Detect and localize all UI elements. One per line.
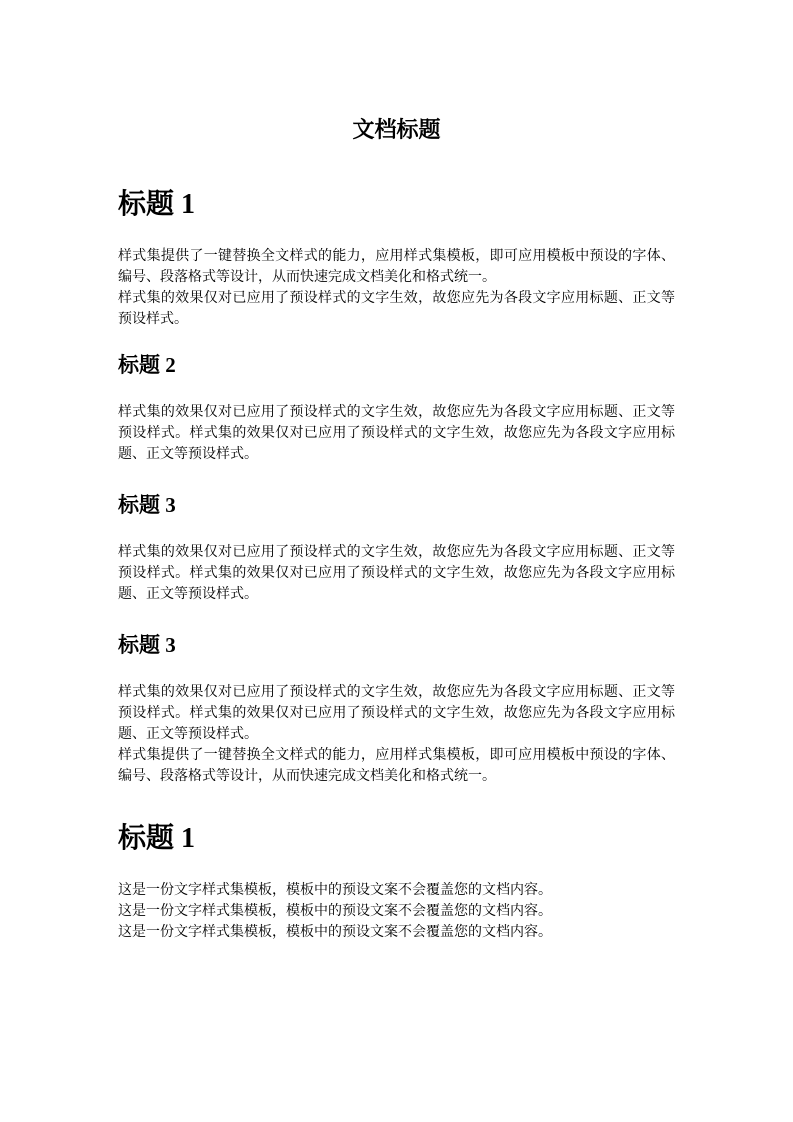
section-heading3-first: 标题 3 样式集的效果仅对已应用了预设样式的文字生效，故您应先为各段文字应用标题… <box>118 492 675 604</box>
heading-level3: 标题 3 <box>118 632 675 658</box>
heading-level1: 标题 1 <box>118 188 675 222</box>
paragraph: 样式集提供了一键替换全文样式的能力，应用样式集模板，即可应用模板中预设的字体、编… <box>118 744 675 786</box>
heading-level2: 标题 2 <box>118 352 675 378</box>
paragraph: 样式集的效果仅对已应用了预设样式的文字生效，故您应先为各段文字应用标题、正文等预… <box>118 401 675 464</box>
paragraph: 这是一份文字样式集模板，模板中的预设文案不会覆盖您的文档内容。 <box>118 879 675 900</box>
heading-level1: 标题 1 <box>118 822 675 856</box>
document-page: 文档标题 标题 1 样式集提供了一键替换全文样式的能力，应用样式集模板，即可应用… <box>0 0 793 1122</box>
paragraph: 样式集的效果仅对已应用了预设样式的文字生效，故您应先为各段文字应用标题、正文等预… <box>118 541 675 604</box>
section-heading1-repeat: 标题 1 这是一份文字样式集模板，模板中的预设文案不会覆盖您的文档内容。 这是一… <box>118 822 675 942</box>
paragraph: 样式集的效果仅对已应用了预设样式的文字生效，故您应先为各段文字应用标题、正文等预… <box>118 287 675 329</box>
paragraph: 这是一份文字样式集模板，模板中的预设文案不会覆盖您的文档内容。 <box>118 921 675 942</box>
document-title: 文档标题 <box>118 116 675 144</box>
document-content: 文档标题 标题 1 样式集提供了一键替换全文样式的能力，应用样式集模板，即可应用… <box>118 0 675 942</box>
paragraph: 样式集提供了一键替换全文样式的能力，应用样式集模板，即可应用模板中预设的字体、编… <box>118 245 675 287</box>
section-heading3-second: 标题 3 样式集的效果仅对已应用了预设样式的文字生效，故您应先为各段文字应用标题… <box>118 632 675 786</box>
section-heading1-first: 标题 1 样式集提供了一键替换全文样式的能力，应用样式集模板，即可应用模板中预设… <box>118 188 675 329</box>
heading-level3: 标题 3 <box>118 492 675 518</box>
paragraph: 样式集的效果仅对已应用了预设样式的文字生效，故您应先为各段文字应用标题、正文等预… <box>118 681 675 744</box>
section-heading2: 标题 2 样式集的效果仅对已应用了预设样式的文字生效，故您应先为各段文字应用标题… <box>118 352 675 464</box>
paragraph: 这是一份文字样式集模板，模板中的预设文案不会覆盖您的文档内容。 <box>118 900 675 921</box>
